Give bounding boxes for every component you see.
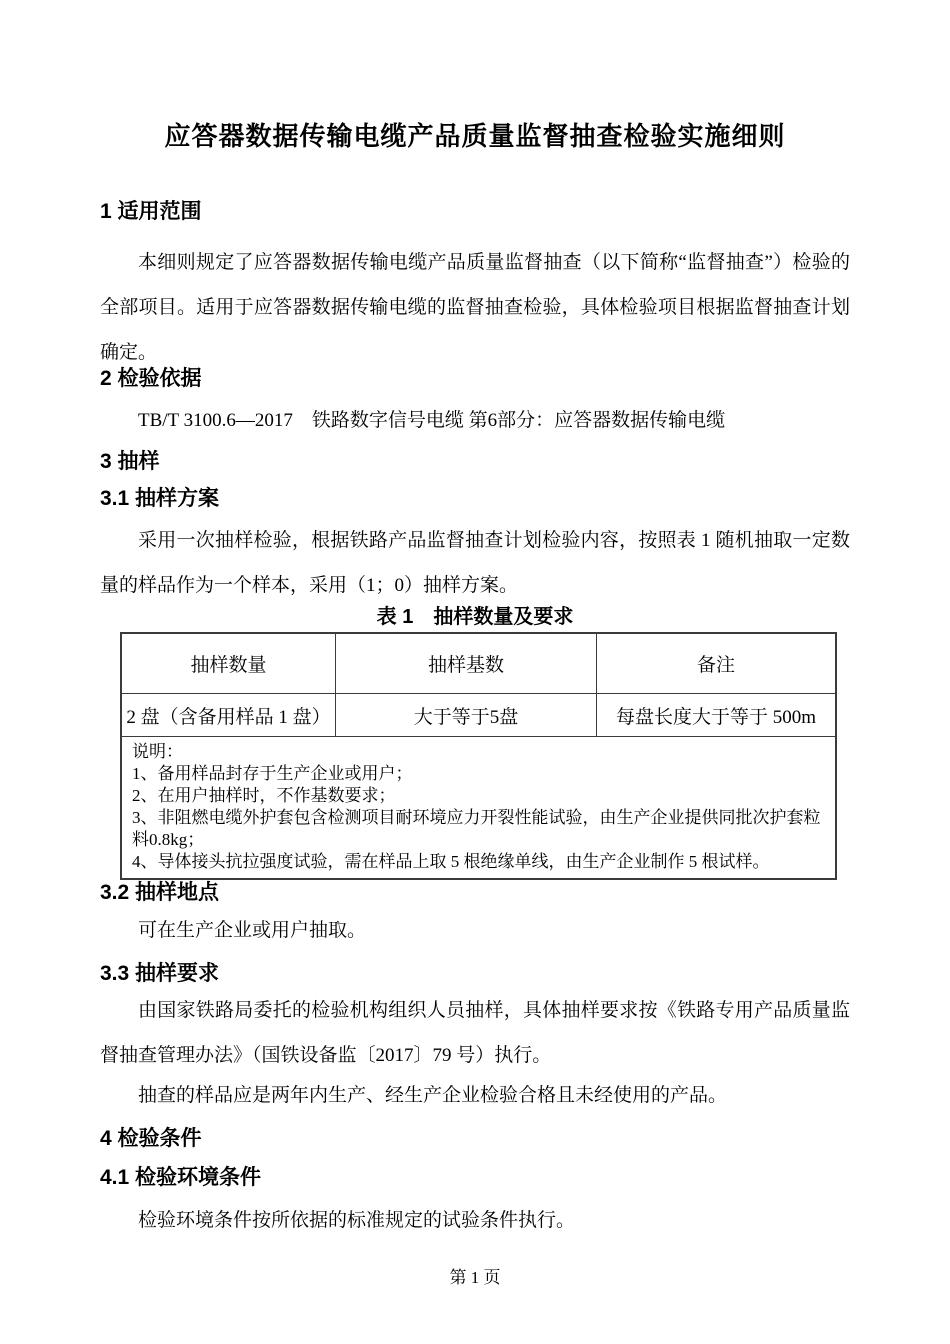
table-header-sampling-quantity: 抽样数量 (121, 633, 336, 694)
document-page: 应答器数据传输电缆产品质量监督抽查检验实施细则 1 适用范围 本细则规定了应答器… (0, 0, 950, 1344)
section-heading-3-2: 3.2 抽样地点 (100, 878, 850, 908)
section-heading-4: 4 检验条件 (100, 1124, 850, 1154)
section-heading-4-1: 4.1 检验环境条件 (100, 1163, 850, 1193)
section-heading-1: 1 适用范围 (100, 197, 850, 227)
table-header-row: 抽样数量 抽样基数 备注 (121, 633, 836, 694)
table-notes-row: 说明： 1、备用样品封存于生产企业或用户； 2、在用户抽样时，不作基数要求； 3… (121, 737, 836, 880)
table-note-2: 2、在用户抽样时，不作基数要求； (132, 785, 825, 807)
section-heading-3: 3 抽样 (100, 447, 850, 477)
section-3-3-paragraph-1: 由国家铁路局委托的检验机构组织人员抽样，具体抽样要求按《铁路专用产品质量监督抽查… (100, 988, 850, 1078)
section-1-paragraph: 本细则规定了应答器数据传输电缆产品质量监督抽查（以下简称“监督抽查”）检验的全部… (100, 240, 850, 375)
table-note-label: 说明： (132, 741, 825, 763)
section-3-3-paragraph-2: 抽查的样品应是两年内生产、经生产企业检验合格且未经使用的产品。 (100, 1073, 850, 1118)
table-row: 2 盘（含备用样品 1 盘） 大于等于5盘 每盘长度大于等于 500m (121, 694, 836, 737)
table-header-remarks: 备注 (596, 633, 836, 694)
table-cell-quantity: 2 盘（含备用样品 1 盘） (121, 694, 336, 737)
document-title: 应答器数据传输电缆产品质量监督抽查检验实施细则 (100, 118, 850, 154)
section-heading-2: 2 检验依据 (100, 364, 850, 394)
table-cell-remark: 每盘长度大于等于 500m (596, 694, 836, 737)
standard-reference: TB/T 3100.6—2017 铁路数字信号电缆 第6部分：应答器数据传输电缆 (100, 398, 850, 443)
page-number: 第 1 页 (100, 1266, 850, 1290)
table-note-4: 4、导体接头抗拉强度试验，需在样品上取 5 根绝缘单线，由生产企业制作 5 根试… (132, 851, 825, 873)
sampling-table: 抽样数量 抽样基数 备注 2 盘（含备用样品 1 盘） 大于等于5盘 每盘长度大… (120, 632, 837, 880)
section-heading-3-3: 3.3 抽样要求 (100, 959, 850, 989)
table-note-1: 1、备用样品封存于生产企业或用户； (132, 763, 825, 785)
section-3-1-paragraph: 采用一次抽样检验，根据铁路产品监督抽查计划检验内容，按照表 1 随机抽取一定数量… (100, 518, 850, 608)
section-heading-3-1: 3.1 抽样方案 (100, 484, 850, 514)
section-4-1-paragraph: 检验环境条件按所依据的标准规定的试验条件执行。 (100, 1198, 850, 1243)
table-note-3: 3、非阻燃电缆外护套包含检测项目耐环境应力开裂性能试验，由生产企业提供同批次护套… (132, 807, 825, 851)
table-notes-cell: 说明： 1、备用样品封存于生产企业或用户； 2、在用户抽样时，不作基数要求； 3… (121, 737, 836, 880)
table-cell-base: 大于等于5盘 (336, 694, 597, 737)
table-1-caption: 表 1 抽样数量及要求 (100, 603, 850, 631)
table-header-sampling-base: 抽样基数 (336, 633, 597, 694)
section-3-2-paragraph: 可在生产企业或用户抽取。 (100, 908, 850, 953)
